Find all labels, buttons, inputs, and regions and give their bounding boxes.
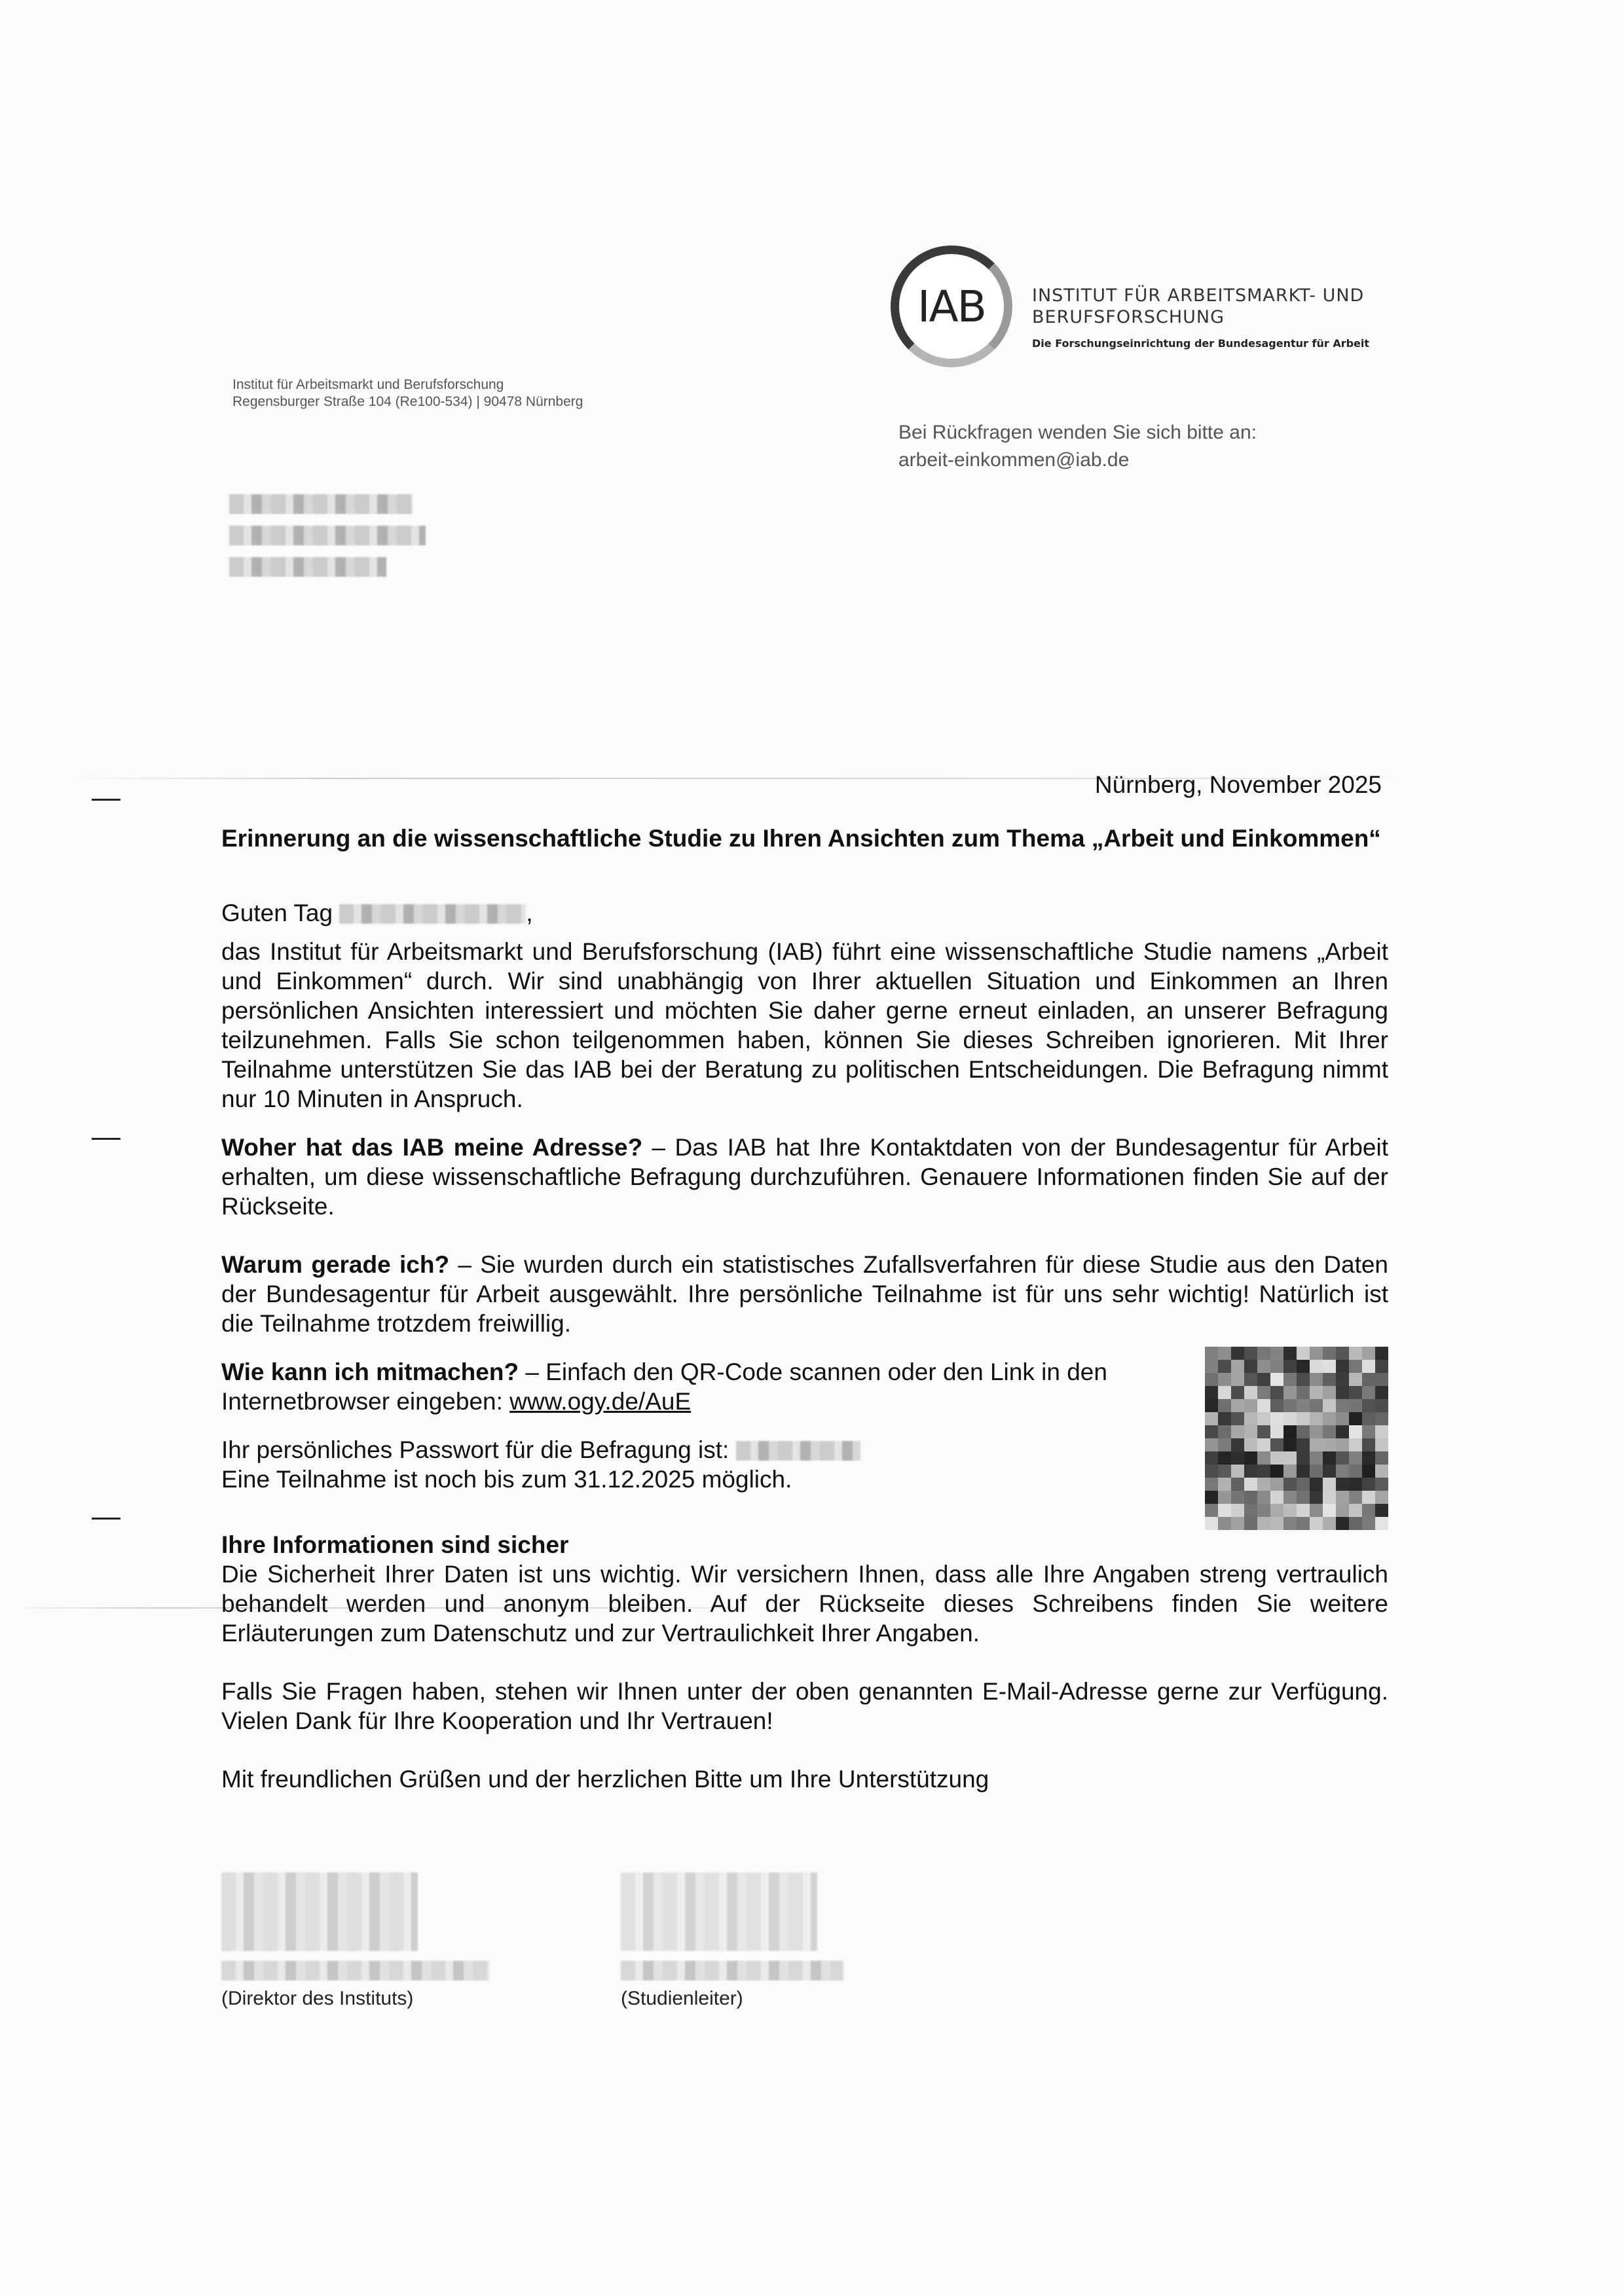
iab-logo: IAB (891, 246, 1012, 367)
letter-subject: Erinnerung an die wissenschaftliche Stud… (221, 824, 1387, 853)
recipient-address-redacted (229, 494, 426, 589)
institute-name: INSTITUT FÜR ARBEITSMARKT- UND BERUFSFOR… (1032, 285, 1364, 328)
intro-paragraph: das Institut für Arbeitsmarkt und Berufs… (221, 937, 1388, 1114)
secure-paragraph: Die Sicherheit Ihrer Daten ist uns wicht… (221, 1559, 1388, 1648)
qr-code-redacted[interactable] (1205, 1347, 1388, 1530)
redacted-signer-name (221, 1961, 490, 1980)
deadline-line: Eine Teilnahme ist noch bis zum 31.12.20… (221, 1465, 1164, 1494)
why-paragraph: Warum gerade ich? – Sie wurden durch ein… (221, 1250, 1388, 1338)
fold-mark (92, 799, 120, 801)
fold-mark (92, 1138, 120, 1140)
contact-label: Bei Rückfragen wenden Sie sich bitte an: (898, 419, 1257, 446)
punch-mark (92, 1518, 120, 1520)
letter-date: Nürnberg, November 2025 (1095, 771, 1382, 799)
signature-director: (Direktor des Instituts) (221, 1872, 457, 2010)
greeting: Guten Tag , (221, 898, 1388, 928)
contact-block: Bei Rückfragen wenden Sie sich bitte an:… (898, 419, 1257, 474)
signature-study-lead: (Studienleiter) (621, 1872, 857, 2010)
redacted-street (229, 526, 426, 545)
secure-heading: Ihre Informationen sind sicher (221, 1530, 1388, 1559)
contact-email[interactable]: arbeit-einkommen@iab.de (898, 446, 1257, 474)
redacted-recipient-name (339, 904, 526, 924)
closing-line: Mit freundlichen Grüßen und der herzlich… (221, 1764, 1388, 1794)
qr-code[interactable] (1205, 1347, 1388, 1530)
address-paragraph: Woher hat das IAB meine Adresse? – Das I… (221, 1133, 1388, 1221)
redacted-signer-name (621, 1961, 843, 1980)
sender-address: Institut für Arbeitsmarkt und Berufsfors… (232, 376, 583, 410)
survey-link[interactable]: www.ogy.de/AuE (509, 1388, 691, 1415)
letter-body: Guten Tag , das Institut für Arbeitsmark… (221, 898, 1388, 1813)
redacted-name (229, 494, 413, 514)
password-line: Ihr persönliches Passwort für die Befrag… (221, 1435, 1164, 1465)
questions-paragraph: Falls Sie Fragen haben, stehen wir Ihnen… (221, 1677, 1388, 1736)
redacted-signature (621, 1872, 817, 1951)
redacted-password (736, 1441, 860, 1461)
redacted-signature (221, 1872, 418, 1951)
how-paragraph: Wie kann ich mitmachen? – Einfach den QR… (221, 1357, 1164, 1416)
institute-tagline: Die Forschungseinrichtung der Bundesagen… (1032, 337, 1369, 350)
logo-text: IAB (917, 282, 986, 332)
signature-area: (Direktor des Instituts) (Studienleiter) (221, 1872, 942, 2016)
redacted-city (229, 557, 386, 577)
